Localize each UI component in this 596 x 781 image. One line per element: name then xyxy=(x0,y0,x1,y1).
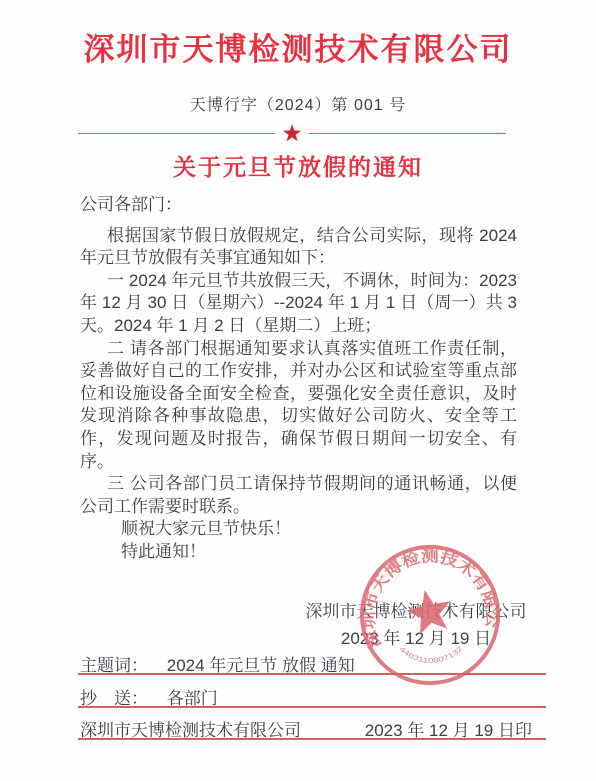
footer-divider-1 xyxy=(78,673,546,675)
company-letterhead: 深圳市天博检测技术有限公司 xyxy=(0,24,596,69)
paragraph-item-1: 一 2024 年元旦节共放假三天，不调休，时间为：2023 年 12 月 30 … xyxy=(80,270,517,338)
divider-line-right xyxy=(309,133,506,134)
paragraph-intro: 根据国家节假日放假规定，结合公司实际，现将 2024 年元旦节放假有关事宜通知如… xyxy=(80,225,517,270)
paragraph-item-2: 二 请各部门根据通知要求认真落实值班工作责任制，妥善做好自己的工作安排，并对办公… xyxy=(80,338,517,474)
document-number: 天博行字（2024）第 001 号 xyxy=(0,92,596,115)
notice-body: 公司各部门： 根据国家节假日放假规定，结合公司实际，现将 2024 年元旦节放假… xyxy=(80,194,517,564)
document-page: 深圳市天博检测技术有限公司 天博行字（2024）第 001 号 ★ 关于元旦节放… xyxy=(0,0,596,781)
paragraph-item-3: 三 公司各部门员工请保持节假期间的通讯畅通，以便公司工作需要时联系。 xyxy=(80,473,517,518)
footer-divider-2 xyxy=(78,706,546,708)
star-icon: ★ xyxy=(282,122,303,144)
star-divider: ★ xyxy=(78,122,506,144)
divider-line-left xyxy=(78,133,275,134)
footer-divider-3 xyxy=(78,738,546,740)
seal-star-icon xyxy=(403,585,456,636)
notice-title: 关于元旦节放假的通知 xyxy=(0,149,596,182)
salutation: 公司各部门： xyxy=(80,194,517,217)
company-seal-stamp: 深圳市天博检测技术有限公司 4403110807132 xyxy=(342,527,518,703)
